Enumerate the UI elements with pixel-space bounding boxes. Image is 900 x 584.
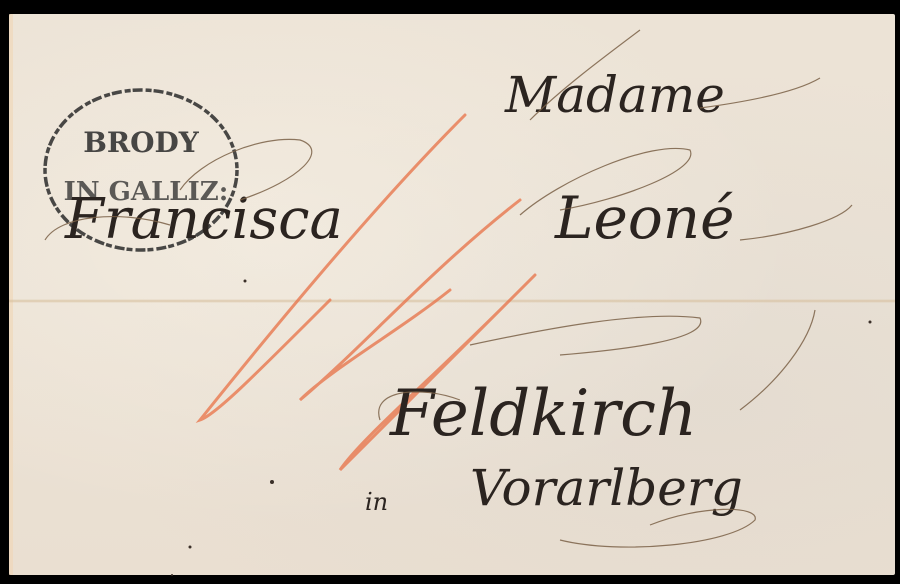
first-name-text: Francisca (64, 187, 343, 252)
salutation-text: Madame (504, 66, 725, 124)
letter-markings: BRODY IN GALLIZ: Madame Francisca Leoné … (0, 0, 900, 584)
region-prefix-text: in (365, 488, 388, 516)
region-text: Vorarlberg (470, 459, 743, 517)
last-name-text: Leoné (554, 184, 734, 252)
postmark-line1: BRODY (83, 126, 200, 159)
city-text: Feldkirch (389, 377, 697, 451)
